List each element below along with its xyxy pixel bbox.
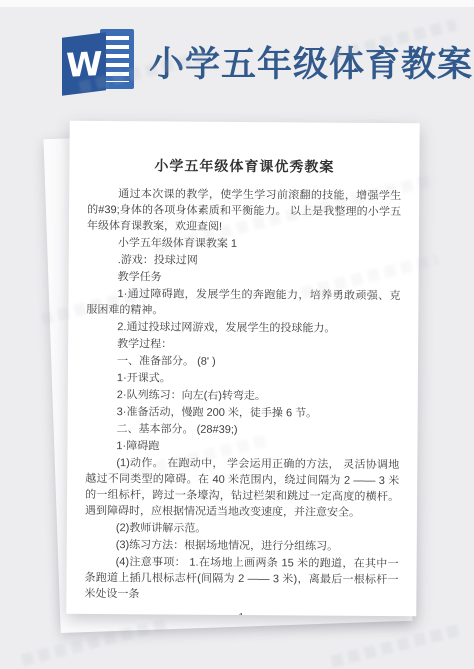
word-icon-w-plate: W: [62, 32, 106, 95]
preview-canvas: W 小学五年级体育教案 小学五年级体育课优秀教案 通过本次课的教学，使学生学习前…: [0, 0, 474, 669]
paragraph: 二、基本部分。 (28#39;): [86, 421, 400, 439]
word-icon-text-lines: [105, 36, 129, 82]
paragraph: (4)注意事项： 1.在场地上画两条 15 米的跑道，在其中一条跑道上插几根标志…: [84, 554, 398, 604]
paragraph: 教学任务: [87, 269, 401, 287]
paragraph: 通过本次课的教学，使学生学习前滚翻的技能，增强学生的#39;身体的各项身体素质和…: [87, 186, 401, 236]
paragraph: (1)动作。 在跑动中， 学会运用正确的方法， 灵活协调地越过不同类型的障碍。在…: [85, 455, 399, 521]
paragraph: 3·准备活动，慢跑 200 米，徒手操 6 节。: [86, 404, 400, 422]
paragraph: 2.通过投球过网游戏，发展学生的投球能力。: [86, 319, 400, 337]
paragraph: .游戏：投球过网: [87, 252, 401, 270]
paragraph: 2·队列练习：向左(右)转弯走。: [86, 387, 400, 405]
paragraph: (2)教师讲解示范。: [85, 520, 399, 538]
paragraph: 1·通过障碍跑，发展学生的奔跑能力，培养勇敢顽强、克服困难的精神。: [86, 286, 400, 320]
paragraph: 小学五年级体育课教案 1: [87, 235, 401, 253]
paragraph: 1·障碍跑: [85, 438, 399, 456]
word-icon: W: [62, 28, 134, 96]
header: W 小学五年级体育教案: [62, 26, 473, 98]
paragraph: 1·开课式。: [86, 370, 400, 388]
paragraph: 一、准备部分。 (8' ): [86, 353, 400, 371]
document-body: 通过本次课的教学，使学生学习前滚翻的技能，增强学生的#39;身体的各项身体素质和…: [84, 186, 401, 604]
top-strip: [0, 0, 474, 7]
page-title: 小学五年级体育教案: [149, 37, 473, 87]
word-icon-letter: W: [66, 47, 102, 82]
document-page: 小学五年级体育课优秀教案 通过本次课的教学，使学生学习前滚翻的技能，增强学生的#…: [66, 121, 419, 616]
paragraph: (3)练习方法：根据场地情况，进行分组练习。: [85, 537, 399, 555]
paragraph: 教学过程：: [86, 336, 400, 354]
watermark: [330, 624, 459, 667]
document-title: 小学五年级体育课优秀教案: [87, 155, 401, 177]
